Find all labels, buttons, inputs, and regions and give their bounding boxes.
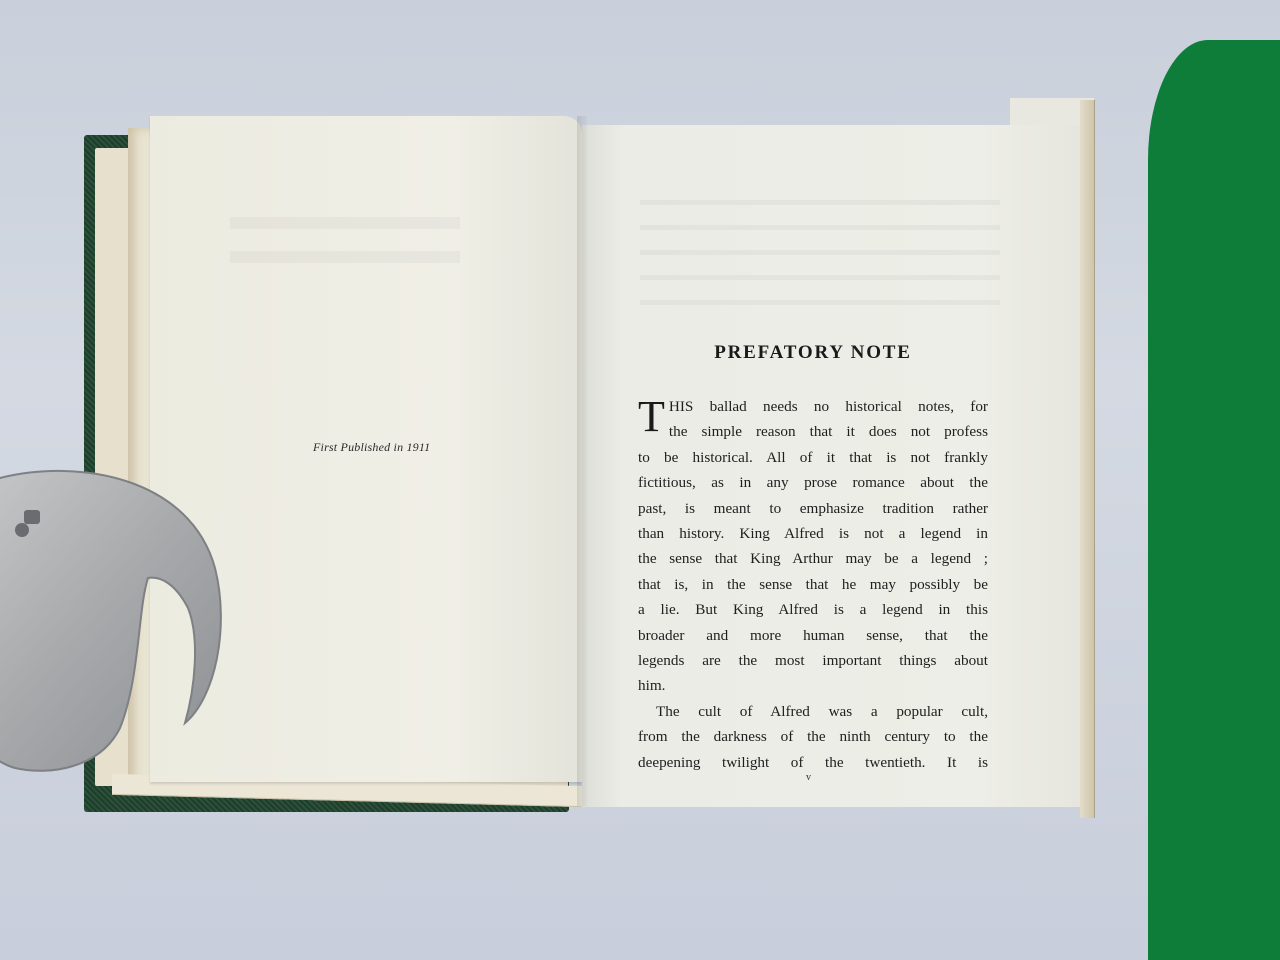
imprint-line: First Published in 1911 (313, 440, 473, 455)
text-line: than history. King Alfred is not a legen… (638, 521, 988, 546)
text-line: past, is meant to emphasize tradition ra… (638, 496, 988, 521)
text-line: The cult of Alfred was a popular cult, (638, 699, 988, 724)
right-fore-edge (1080, 100, 1095, 818)
text-line: him. (638, 673, 988, 698)
text-line: fictitious, as in any prose romance abou… (638, 470, 988, 495)
text-line: the simple reason that it does not profe… (638, 419, 988, 444)
left-page-show-through (230, 195, 460, 265)
green-cloth (1148, 40, 1280, 960)
text-line: a lie. But King Alfred is a legend in th… (638, 597, 988, 622)
silver-letter-opener (0, 458, 230, 778)
text-line: that is, in the sense that he may possib… (638, 572, 988, 597)
text-line: legends are the most important things ab… (638, 648, 988, 673)
text-line: to be historical. All of it that is not … (638, 445, 988, 470)
text-line: HIS ballad needs no historical notes, fo… (638, 394, 988, 419)
page-number: v (806, 772, 811, 783)
text-line: from the darkness of the ninth century t… (638, 724, 988, 749)
gutter-shadow (577, 116, 587, 806)
letter-opener-icon (0, 458, 230, 778)
right-page-show-through (640, 180, 1000, 320)
page-title: PREFATORY NOTE (638, 342, 988, 364)
text-line: deepening twilight of the twentieth. It … (638, 750, 988, 775)
text-line: broader and more human sense, that the (638, 623, 988, 648)
prefatory-text: T HIS ballad needs no historical notes, … (638, 394, 988, 775)
text-line: the sense that King Arthur may be a lege… (638, 546, 988, 571)
drop-cap: T (638, 398, 665, 436)
